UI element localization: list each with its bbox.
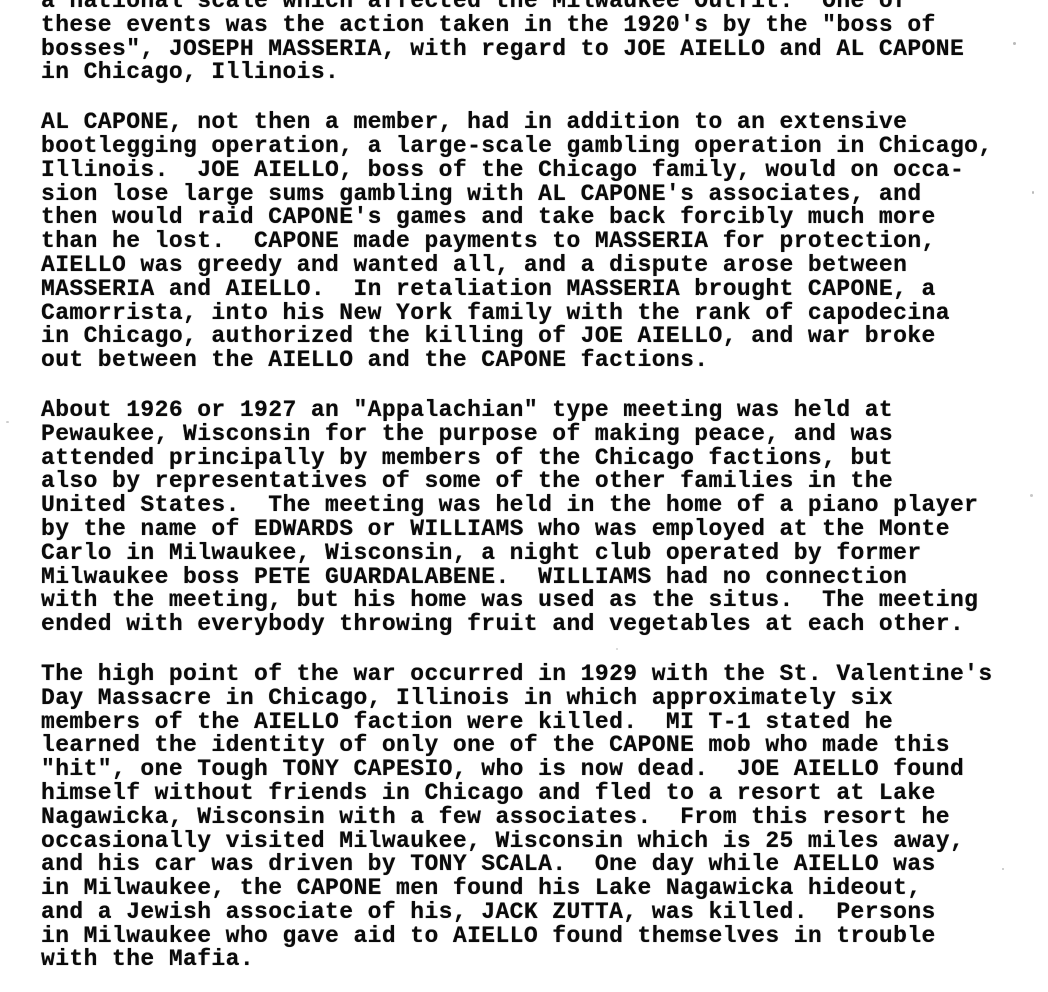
scan-speck bbox=[1002, 868, 1004, 870]
document-text-block: a national scale which affected the Milw… bbox=[41, 0, 1041, 992]
scan-speck bbox=[616, 648, 618, 650]
scan-speck bbox=[1013, 42, 1016, 45]
paragraph-masseria-boss-of-bosses: a national scale which affected the Milw… bbox=[41, 0, 1041, 85]
paragraph-capone-aiello-dispute: AL CAPONE, not then a member, had in add… bbox=[41, 111, 1041, 373]
paragraph-valentines-day-massacre: The high point of the war occurred in 19… bbox=[41, 663, 1041, 972]
scan-speck bbox=[6, 421, 9, 423]
scan-speck bbox=[1032, 191, 1034, 194]
paragraph-pewaukee-peace-meeting: About 1926 or 1927 an "Appalachian" type… bbox=[41, 399, 1041, 637]
scanned-document-page: a national scale which affected the Milw… bbox=[0, 0, 1048, 992]
scan-speck bbox=[1030, 494, 1033, 497]
